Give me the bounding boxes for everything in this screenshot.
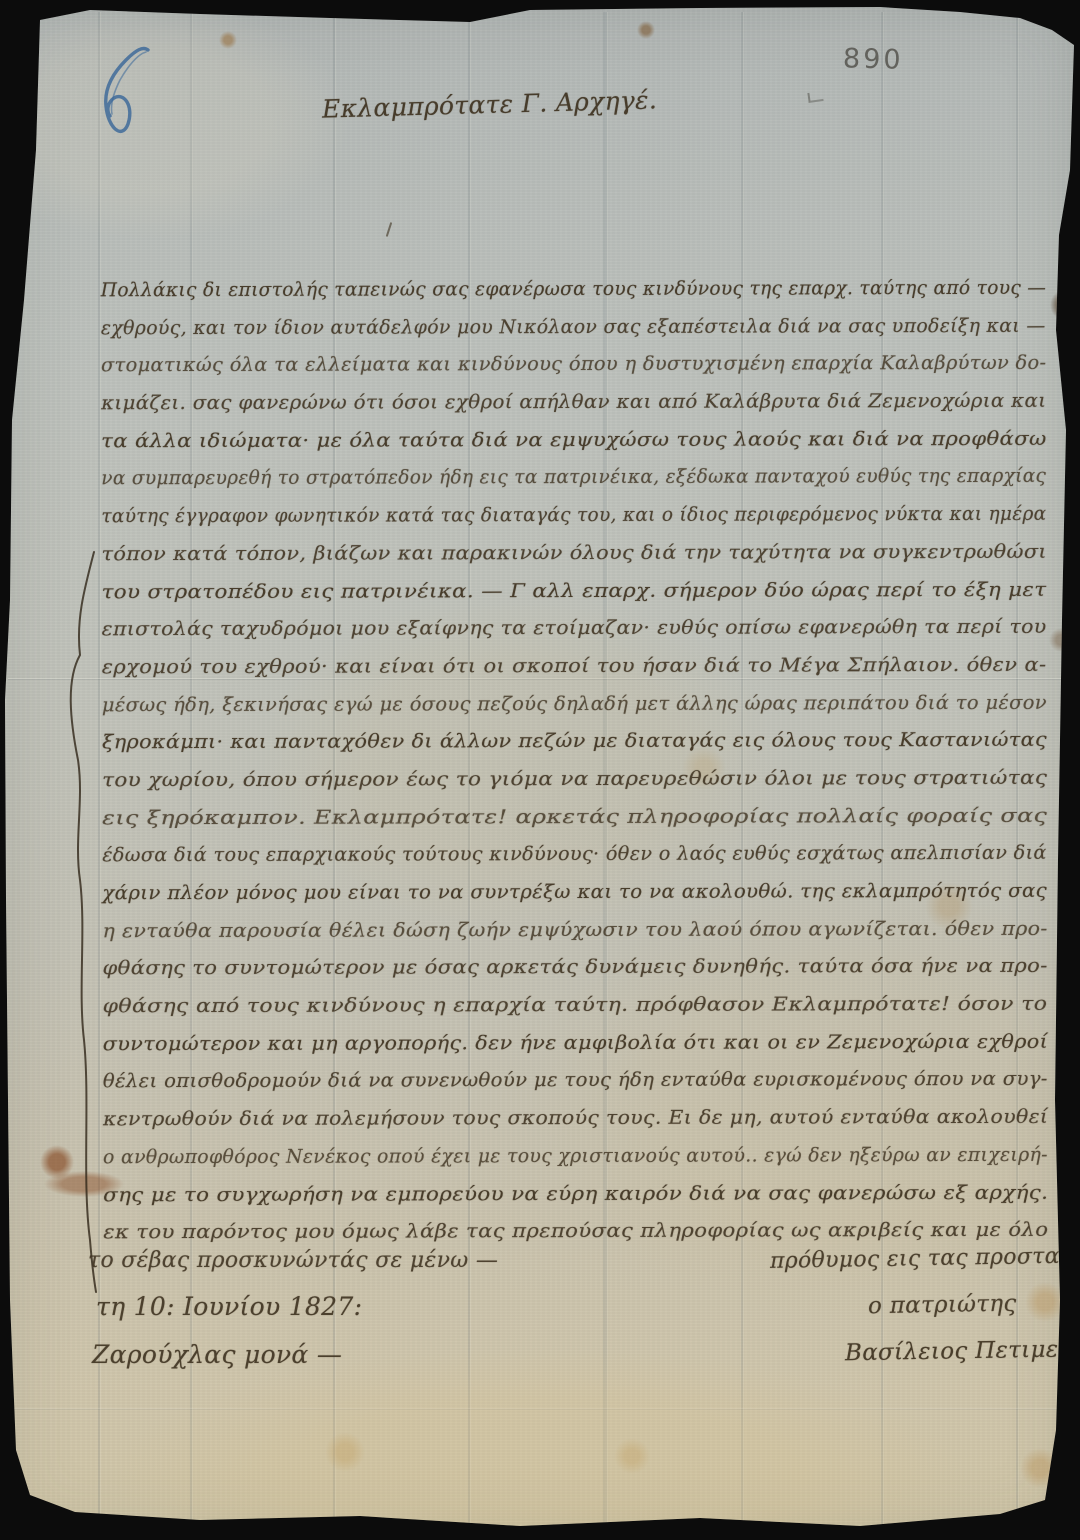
signature-readiness-line: πρόθυμος εις τας προσταγάς [770,1243,1080,1274]
closing-salutation: το σέβας προσκυνώντάς σε μένω — [88,1248,498,1273]
scanned-letter-page: 890 Εκλαμπρότατε Γ. Αρχηγέ. Πολλάκις δι … [0,0,1080,1540]
signature-title-line: ο πατριώτης [868,1291,1017,1320]
date-line: τη 10: Ιουνίου 1827: [96,1292,362,1321]
paper-sheet: 890 Εκλαμπρότατε Γ. Αρχηγέ. Πολλάκις δι … [0,0,1080,1540]
signature-name: Βασίλειος Πετιμεζάς. [845,1336,1080,1367]
place-line: Ζαρούχλας μονά — [92,1340,342,1369]
